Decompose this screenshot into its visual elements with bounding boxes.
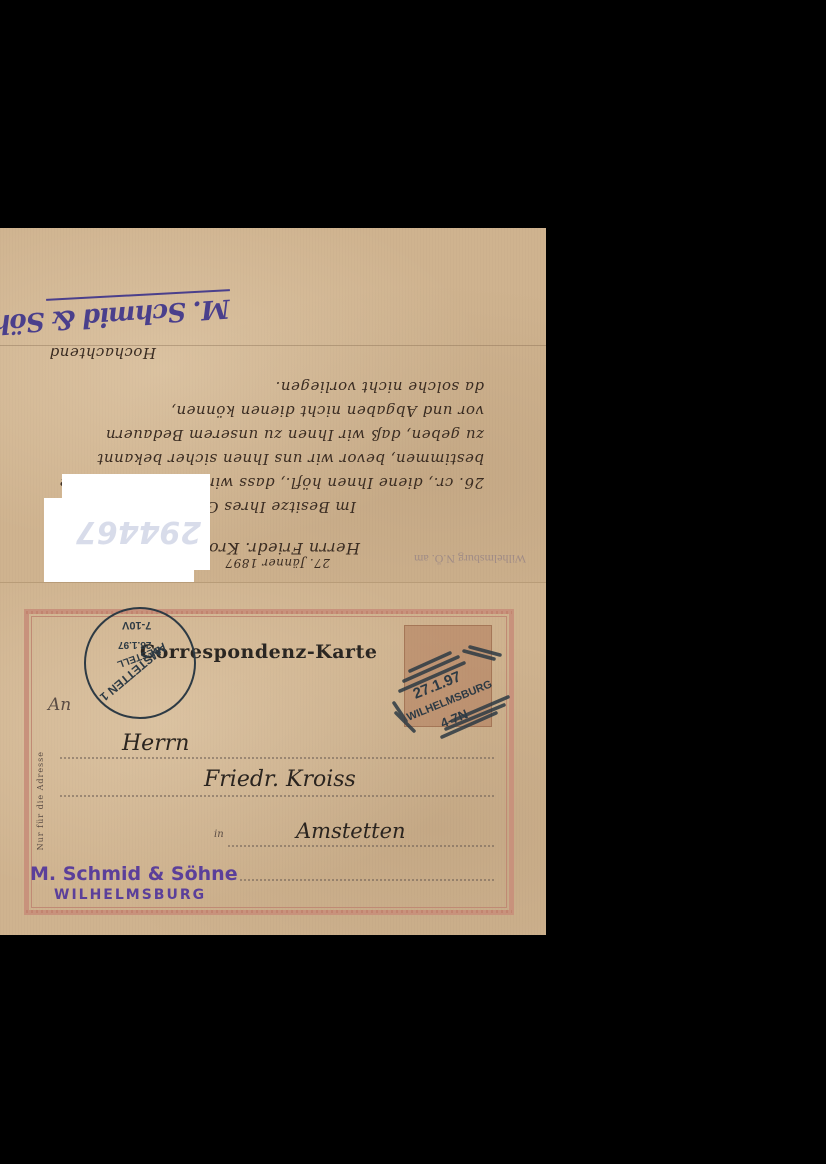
address-line-1 — [60, 757, 494, 759]
border-pattern-top — [26, 611, 512, 614]
border-pattern-bottom — [26, 910, 512, 913]
address-line-2 — [60, 795, 494, 797]
address-line-4 — [240, 879, 494, 881]
signature-stamp: M. Schmid & Söhne — [0, 293, 231, 342]
arrival-postmark-date: 28.1.97 — [118, 639, 151, 650]
sender-stamp-place: WILHELMSBURG — [54, 887, 206, 903]
address-only-label: Nur für die Adresse — [36, 751, 45, 850]
recipient-name: Friedr. Kroiss — [204, 767, 356, 792]
message-line: da solche nicht vorliegen. — [275, 378, 484, 396]
to-label: An — [48, 695, 71, 715]
handwritten-date: 27. Jänner 1897 — [225, 556, 330, 570]
recipient-city: Amstetten — [296, 819, 406, 843]
message-line: bestimmen, bevor wir uns Ihnen sicher be… — [97, 450, 484, 468]
salutation: Herrn Friedr. Kroiss — [185, 539, 360, 558]
fold-line — [0, 345, 546, 346]
sender-stamp-name: M. Schmid & Söhne — [30, 863, 238, 885]
faint-place-stamp: Wilhelmsburg N.Ö. am — [414, 551, 526, 566]
message-line: vor und Abgaben nicht dienen können, — [171, 402, 484, 420]
postcard-message-side: Wilhelmsburg N.Ö. am 27. Jänner 1897 Her… — [0, 228, 546, 582]
message-line: zu geben, daß wir Ihnen zu unserem Bedau… — [105, 426, 484, 444]
recipient-salutation: Herrn — [122, 731, 189, 756]
in-label: in — [214, 829, 224, 840]
closing: Hochachtend — [49, 344, 156, 362]
address-line-3 — [228, 845, 494, 847]
sticker-number: 294467 — [76, 514, 201, 549]
arrival-postmark-time: 7-10V — [122, 619, 151, 631]
postcard-address-side: Correspondenz-Karte 27.1.97 WILHELMSBURG… — [0, 582, 546, 935]
